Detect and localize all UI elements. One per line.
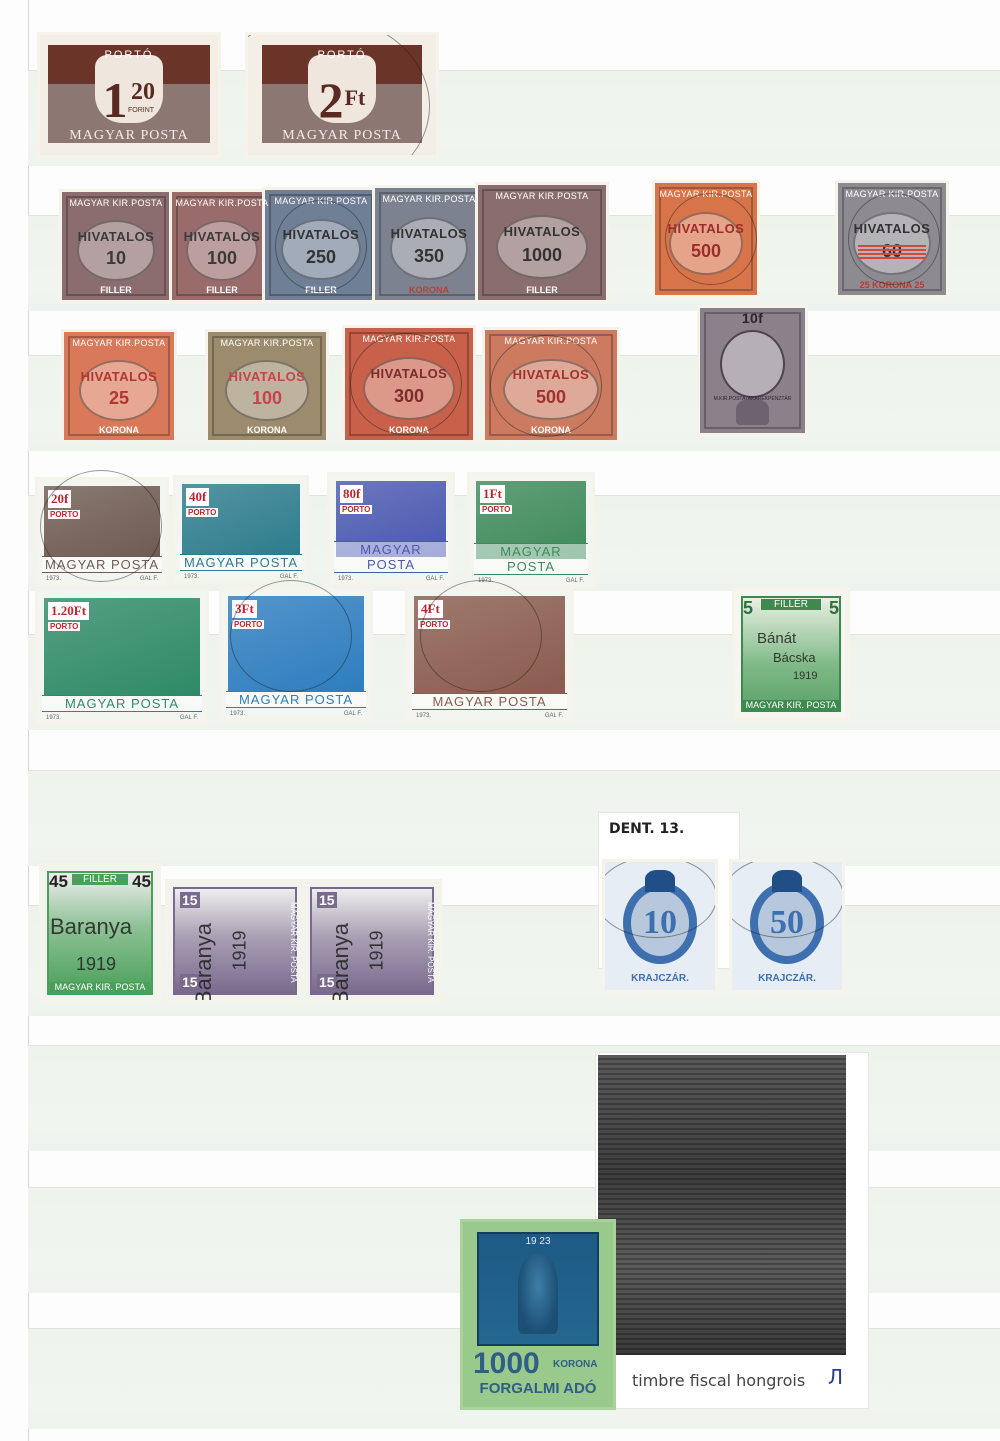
stamp-takarek-10f[interactable]: 10fM.KIR.POSTATAKARÉKPÉNZTÁR (700, 308, 805, 433)
stamp-hiv-100[interactable]: MAGYAR KIR.POSTAHIVATALOS100FILLER (172, 192, 272, 300)
overprint-year: 1919 (76, 954, 116, 975)
overprint-banat: Bánát (757, 630, 796, 647)
stamp-bottom-text: KORONA (345, 425, 473, 435)
stamp-top-text: PORTÓ (40, 49, 218, 61)
stamp-bottom-text: MAGYAR POSTA (42, 695, 202, 712)
stamp-top-text: MAGYAR KIR.POSTA (478, 191, 606, 201)
stamp-value: 10f (700, 310, 805, 326)
crown-icon (772, 870, 802, 892)
stamp-top-text: MAGYAR KIR.POSTA (345, 334, 473, 344)
stamp-year: 1973. (338, 576, 353, 582)
stamp-bottom-text: MAGYAR POSTA (180, 554, 302, 571)
photocopy-card: timbre fiscal hongrois Л (595, 1052, 869, 1409)
stamp-artist: GAL F. (426, 576, 444, 582)
stamp-porto-1-20[interactable]: PORTÓ 1 20 FORINT MAGYAR POSTA (40, 35, 218, 155)
stamp-corner-value: 5 (829, 598, 839, 619)
stamp-hiv-300k[interactable]: MAGYAR KIR.POSTAHIVATALOS300KORONA (345, 328, 473, 440)
stamp-value: 300 (345, 386, 473, 407)
crown-icon (645, 870, 675, 892)
stamp-porto-4ft[interactable]: 4FtPORTOMAGYAR POSTA1973.GAL F. (408, 590, 571, 720)
stamp-value: 80f (340, 485, 363, 503)
stamp-porto-80f[interactable]: 80fPORTOMAGYAR POSTA1973.GAL F. (330, 475, 452, 583)
stamp-value: 500 (485, 387, 617, 408)
stamp-bottom-text: KORONA (208, 425, 326, 435)
stamp-porto-120ft[interactable]: 1.20FtPORTOMAGYAR POSTA1973.GAL F. (38, 592, 206, 722)
stamp-bottom-text: MAGYAR POSTA (412, 693, 567, 710)
stamp-hiv-500k[interactable]: MAGYAR KIR.POSTAHIVATALOS500KORONA (485, 330, 617, 440)
stamp-top-text: PORTÓ (248, 49, 436, 61)
stamp-overprint-hivatalos: HIVATALOS (655, 221, 757, 236)
stamp-porto-20f[interactable]: 20fPORTOMAGYAR POSTA1973.GAL F. (38, 480, 166, 583)
stamp-hiv-500-orange[interactable]: MAGYAR KIR.POSTAHIVATALOS500 (655, 183, 757, 295)
stamp-value: 10 (62, 248, 170, 269)
stamp-bottom-text: FILLER (478, 285, 606, 295)
stamp-value: 25 (64, 388, 174, 409)
stamp-value: 100 (172, 248, 272, 269)
photocopy-image (598, 1055, 846, 1355)
stamp-tavirda-10[interactable]: 10KRAJCZÁR. (605, 862, 715, 990)
stamp-corner-value: 45 (49, 872, 68, 892)
stamp-porto-label: PORTO (48, 510, 80, 519)
stamp-bottom-text: MAGYAR KIR. POSTA (50, 982, 150, 992)
stamp-porto-label: PORTO (340, 505, 372, 514)
stamp-ring-text: M.KIR.POSTATAKARÉKPÉNZTÁR (700, 396, 805, 402)
stamp-bottom-text: KRAJCZÁR. (732, 973, 842, 984)
stamp-unit: FORINT (64, 107, 218, 114)
overprint-text: Baranya (191, 923, 216, 1000)
stamp-baranya-45[interactable]: FILLÉR4545Baranya1919MAGYAR KIR. POSTA (42, 866, 158, 1000)
stamp-bottom-text: KORONA (64, 425, 174, 435)
stamp-value: 1.20Ft (48, 602, 89, 620)
stamp-top-text: MAGYAR KIR.POSTA (208, 338, 326, 348)
stamp-bottom-text: FILLER (265, 285, 377, 295)
stamp-hiv-100k[interactable]: MAGYAR KIR.POSTAHIVATALOS100KORONA (208, 332, 326, 440)
stamp-artist: GAL F. (545, 713, 563, 719)
stamp-year: 1973. (478, 578, 493, 584)
stamp-year: 19 23 (463, 1236, 613, 1247)
overprint-baranya: Baranya (191, 895, 217, 1000)
stamp-overprint-hivatalos: HIVATALOS (345, 366, 473, 381)
stamp-top-text: MAGYAR KIR.POSTA (485, 336, 617, 346)
stamp-bottom-text: MAGYAR KIR. POSTA (743, 700, 839, 710)
stamp-bottom-text: MAGYAR POSTA (474, 543, 588, 575)
stamp-top-text: MAGYAR KIR.POSTA (375, 194, 483, 204)
stamp-hiv-25k[interactable]: MAGYAR KIR.POSTAHIVATALOS25KORONA (64, 332, 174, 440)
stamp-banat-bacska-5[interactable]: FILLÉR 5 5 Bánát Bácska 1919 MAGYAR KIR.… (735, 590, 847, 718)
stamp-unit: KORONA (553, 1359, 597, 1370)
stamp-corner-value: 5 (743, 598, 753, 619)
stamp-baranya-15b[interactable]: 1515Baranya1919MAGYAR KIR. POSTA (305, 882, 439, 1000)
stamp-value-small: 20 (68, 79, 218, 106)
crown-medallion (720, 330, 785, 398)
stamp-value: 350 (375, 246, 483, 267)
stamp-top-text: MAGYAR KIR.POSTA (172, 198, 272, 208)
stamp-artist: GAL F. (180, 715, 198, 721)
stamp-bottom-text: MAGYAR KIR. POSTA (426, 902, 435, 983)
overprint-year: 1919 (793, 670, 817, 682)
stamp-top-text: MAGYAR KIR.POSTA (655, 189, 757, 199)
stamp-value: 500 (655, 241, 757, 262)
stamp-overprint-hivatalos: HIVATALOS (208, 369, 326, 384)
stock-strip (28, 770, 1000, 866)
stamp-hiv-1000[interactable]: MAGYAR KIR.POSTAHIVATALOS1000FILLER (478, 185, 606, 300)
stamp-artist: GAL F. (140, 576, 158, 582)
stamp-porto-label: PORTO (232, 620, 264, 629)
stamp-hiv-350[interactable]: MAGYAR KIR.POSTAHIVATALOS350KORONA (375, 188, 483, 300)
stamp-top-text: MAGYAR KIR.POSTA (62, 198, 170, 208)
stamp-artist: GAL F. (344, 711, 362, 717)
stamp-top-text: FILLÉR (761, 599, 821, 610)
note-perforation: DENT. 13. (609, 821, 684, 837)
stamp-value: 10 (605, 904, 715, 942)
stamp-hiv-10[interactable]: MAGYAR KIR.POSTAHIVATALOS10FILLER (62, 192, 170, 300)
stamp-year: 1973. (230, 711, 245, 717)
overprint-year: 1919 (367, 930, 388, 970)
photocopy-caption: timbre fiscal hongrois (632, 1371, 805, 1390)
beehive-icon (736, 399, 769, 425)
stamp-value: 250 (265, 247, 377, 268)
stamp-top-text: MAGYAR KIR.POSTA (838, 189, 946, 199)
stamp-hiv-60-surcharge[interactable]: MAGYAR KIR.POSTAHIVATALOS6025 KORONA 25 (838, 183, 946, 295)
stamp-top-text: MAGYAR KIR.POSTA (64, 338, 174, 348)
stamp-overprint-hivatalos: HIVATALOS (478, 224, 606, 239)
stamp-bottom-text: 25 KORONA 25 (838, 280, 946, 290)
stamp-bottom-text: KORONA (485, 425, 617, 435)
stamp-value: 1000 (478, 245, 606, 266)
stamp-overprint-hivatalos: HIVATALOS (64, 369, 174, 384)
overprint-text: Baranya (328, 923, 353, 1000)
stamp-bottom-text: KRAJCZÁR. (605, 973, 715, 984)
stamp-bottom-text: MAGYAR POSTA (334, 541, 448, 573)
stamp-porto-label: PORTO (186, 508, 218, 517)
stamp-bottom-text: MAGYAR POSTA (226, 691, 366, 708)
stamp-porto-2[interactable]: PORTÓ 2 Ft MAGYAR POSTA (248, 35, 436, 155)
stamp-bottom-text: MAGYAR POSTA (248, 128, 436, 144)
stamp-overprint-hivatalos: HIVATALOS (485, 367, 617, 382)
stamp-bottom-text: KORONA (375, 285, 483, 295)
stamp-year: 1973. (416, 713, 431, 719)
stamp-value: 3Ft (232, 600, 257, 618)
overprint-baranya: Baranya (50, 914, 132, 940)
stamp-porto-label: PORTO (480, 505, 512, 514)
stamp-forgalmi-ado-1000[interactable]: 19 23 1000 KORONA FORGALMI ADÓ (463, 1222, 613, 1407)
stamp-tavirda-50[interactable]: 50KRAJCZÁR. (732, 862, 842, 990)
stamp-artist: GAL F. (566, 578, 584, 584)
stamp-hiv-250[interactable]: MAGYAR KIR.POSTAHIVATALOS250FILLER (265, 190, 377, 300)
stamp-value: 1Ft (480, 485, 505, 503)
stamp-overprint-hivatalos: HIVATALOS (838, 221, 946, 236)
stamp-value: 100 (208, 388, 326, 409)
stamp-top-text: FILLÉR (72, 874, 128, 885)
stamp-overprint-hivatalos: HIVATALOS (62, 229, 170, 244)
stamp-value: 1000 (473, 1347, 540, 1381)
stockbook-page: PORTÓ 1 20 FORINT MAGYAR POSTA PORTÓ 2 F… (0, 0, 1000, 1441)
stamp-year: 1973. (46, 576, 61, 582)
overprint-bacska: Bácska (773, 650, 816, 665)
stamp-value: 50 (732, 904, 842, 942)
stamp-top-text: MAGYAR KIR.POSTA (265, 196, 377, 206)
stamp-baranya-15a[interactable]: 1515Baranya1919MAGYAR KIR. POSTA (168, 882, 302, 1000)
stamp-porto-3ft[interactable]: 3FtPORTOMAGYAR POSTA1973.GAL F. (222, 590, 370, 718)
stamp-bottom-text: FILLER (62, 285, 170, 295)
stamp-artist: GAL F. (280, 574, 298, 580)
stamp-bottom-text: FILLER (172, 285, 272, 295)
stamp-value: 4Ft (418, 600, 443, 618)
stamp-porto-label: PORTO (418, 620, 450, 629)
handwritten-mark: Л (828, 1365, 843, 1389)
stamp-corner-value: 45 (132, 872, 151, 892)
overprint-year: 1919 (230, 930, 251, 970)
stamp-overprint-hivatalos: HIVATALOS (375, 226, 483, 241)
stamp-overprint-hivatalos: HIVATALOS (172, 229, 272, 244)
stamp-bottom-text: MAGYAR POSTA (40, 128, 218, 144)
stamp-value-small: Ft (274, 85, 436, 111)
stamp-bottom-text: FORGALMI ADÓ (463, 1380, 613, 1397)
stamp-porto-label: PORTO (48, 622, 80, 631)
stamp-value: 40f (186, 488, 209, 506)
stamp-overprint-hivatalos: HIVATALOS (265, 227, 377, 242)
stamp-porto-40f[interactable]: 40fPORTOMAGYAR POSTA1973.GAL F. (176, 478, 306, 581)
stamp-year: 1973. (184, 574, 199, 580)
stamp-bottom-text: MAGYAR POSTA (42, 556, 162, 573)
surcharge-bars (858, 245, 926, 259)
stamp-porto-1ft[interactable]: 1FtPORTOMAGYAR POSTA1973.GAL F. (470, 475, 592, 585)
overprint-baranya: Baranya (328, 895, 354, 1000)
stamp-value: 20f (48, 490, 71, 508)
stamp-year: 1973. (46, 715, 61, 721)
stamp-bottom-text: MAGYAR KIR. POSTA (289, 902, 298, 983)
